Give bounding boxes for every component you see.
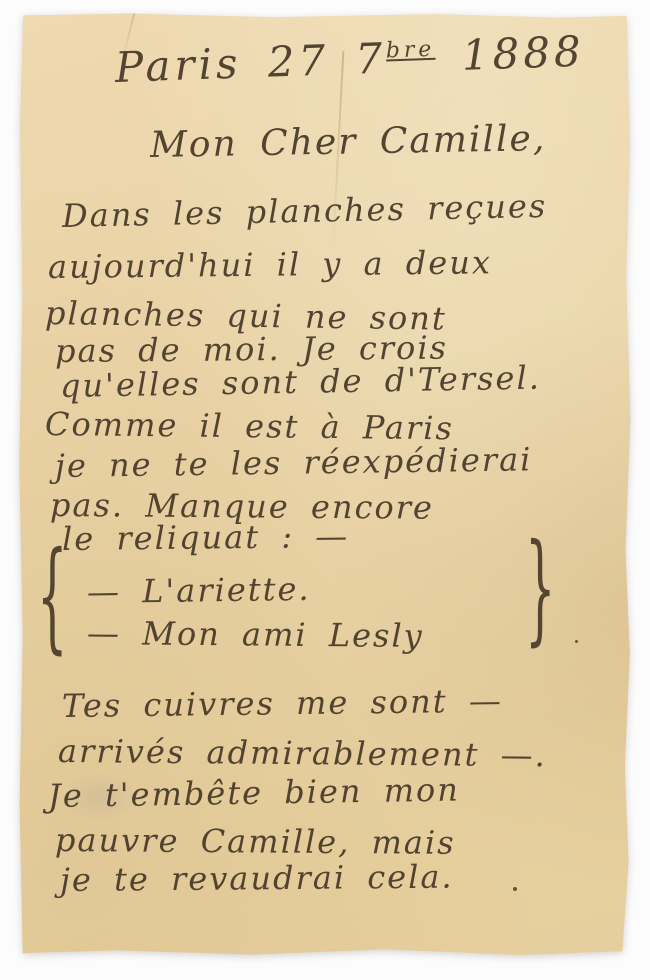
- handwritten-line-p2-2: arrivés admirablement —.: [58, 732, 547, 774]
- letter-paper: Paris 27 7bre 1888 Mon Cher Camille, Dan…: [19, 13, 631, 956]
- list-brace-left: {: [37, 527, 68, 667]
- ink-speck: [575, 640, 578, 643]
- list-brace-right: }: [525, 519, 556, 659]
- handwritten-line-p2-5: je te revaudrai cela.: [60, 858, 454, 899]
- handwritten-line-p2-1: Tes cuivres me sont —: [62, 682, 503, 725]
- handwritten-line-p1-7: je ne te les réexpédierai: [55, 440, 533, 485]
- letter-scan: Paris 27 7bre 1888 Mon Cher Camille, Dan…: [0, 0, 650, 980]
- handwritten-line-p1-1: Dans les planches reçues: [62, 187, 548, 235]
- date-prefix: Paris 27 7: [114, 34, 387, 92]
- list-item-mon-ami-lesly: — Mon ami Lesly: [87, 614, 424, 655]
- paper-shadow: Paris 27 7bre 1888 Mon Cher Camille, Dan…: [19, 13, 631, 956]
- list-item-ariette: — L'ariette.: [87, 570, 311, 611]
- handwritten-line-p1-9: le reliquat : —: [62, 517, 350, 558]
- date-line: Paris 27 7bre 1888: [114, 27, 585, 92]
- handwritten-line-p2-4: pauvre Camille, mais: [55, 821, 456, 862]
- handwritten-line-p1-6: Comme il est à Paris: [45, 405, 454, 447]
- date-month-superscript: bre: [385, 37, 435, 64]
- handwritten-line-p1-5: qu'elles sont de d'Tersel.: [60, 359, 541, 405]
- handwritten-line-p2-3: Je t'embête bien mon: [48, 771, 460, 815]
- salutation: Mon Cher Camille,: [150, 118, 547, 166]
- ink-speck: [513, 887, 517, 891]
- date-year: 1888: [435, 27, 586, 81]
- handwritten-line-p1-2: aujourd'hui il y a deux: [48, 243, 492, 286]
